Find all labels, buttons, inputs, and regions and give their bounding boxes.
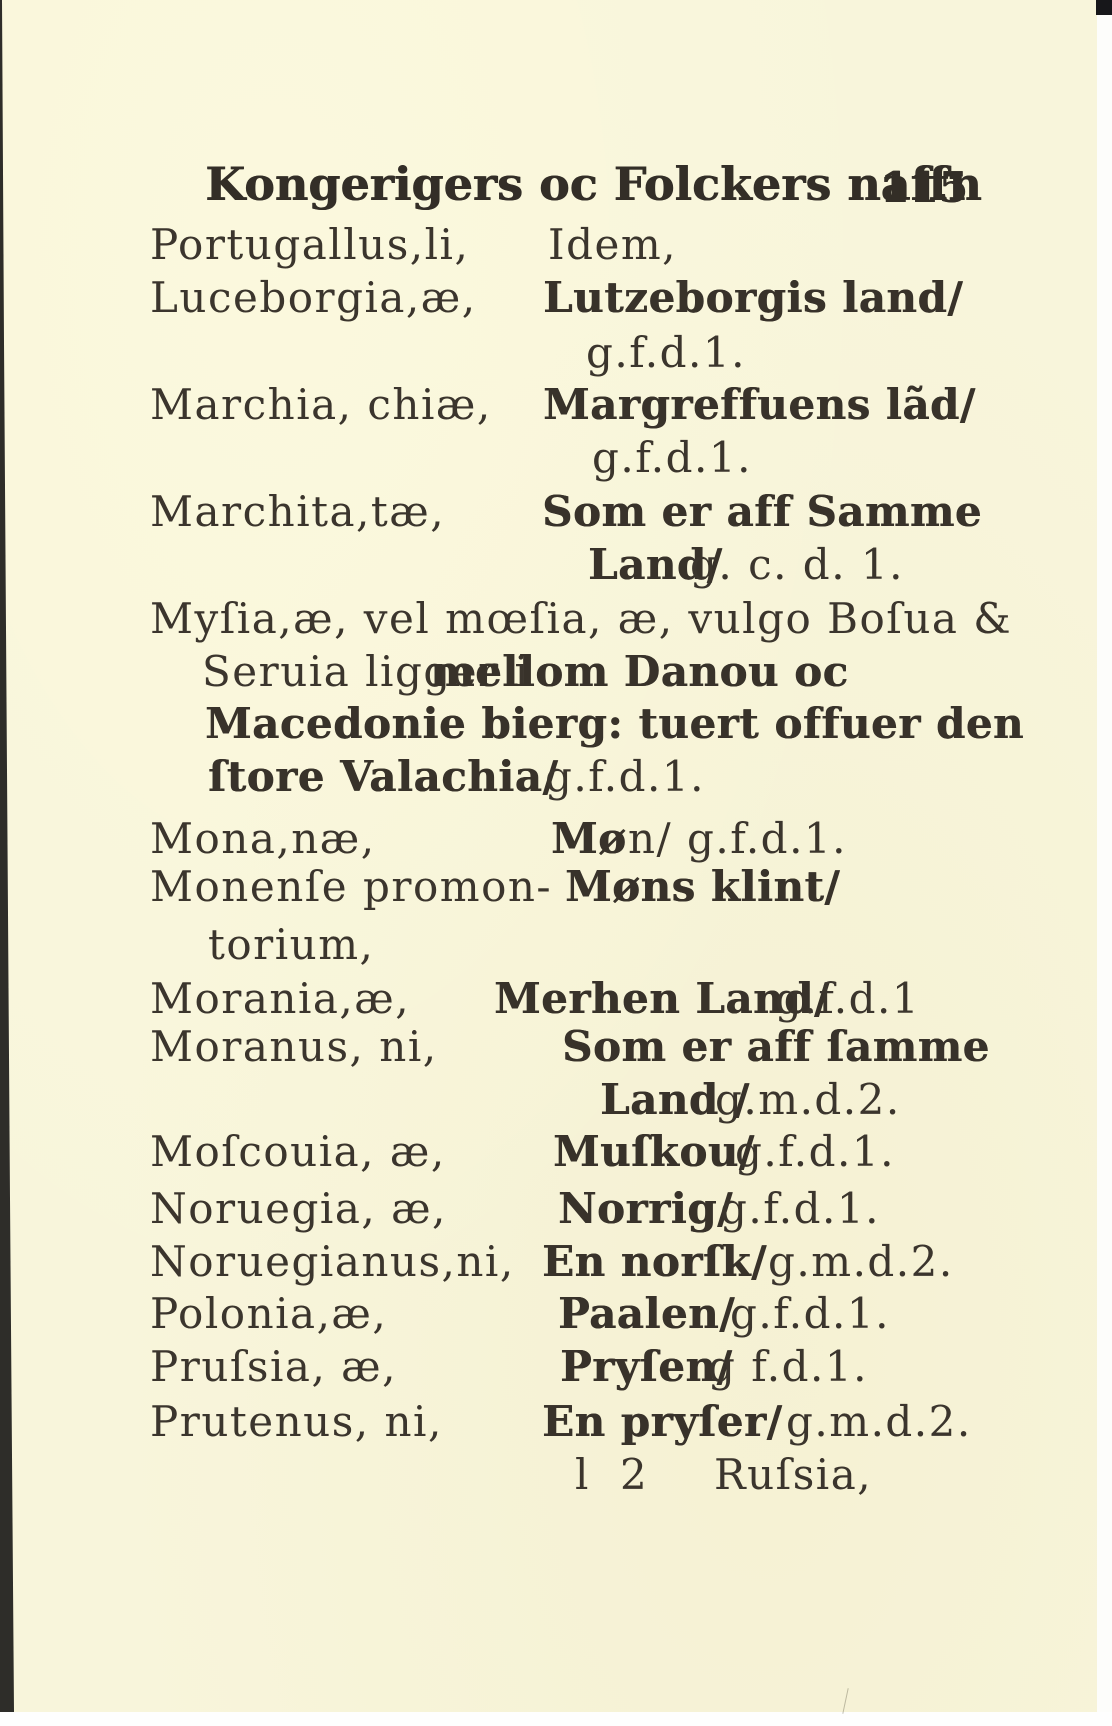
text-segment: torium, (208, 920, 374, 969)
text-segment: g.f.d.1. (720, 1184, 880, 1233)
text-segment: l (575, 1450, 590, 1499)
entry-line: Moſcouia, æ,Muſkou/g.f.d.1. (0, 1127, 1097, 1183)
text-segment: g.f.d.1. (730, 1289, 890, 1338)
text-segment: g. c. d. 1. (690, 540, 904, 589)
text-segment: g.f.d.1. (592, 433, 752, 482)
text-segment: Prutenus, ni, (150, 1397, 443, 1446)
entry-line: Noruegia, æ,Norrig/g.f.d.1. (0, 1184, 1097, 1240)
text-segment: Marchita,tæ, (150, 487, 445, 536)
page-header-title: Kongerigers oc Folckers naffn (205, 157, 982, 211)
text-segment: g f.d.1. (708, 1342, 868, 1391)
text-segment: Mø (551, 814, 627, 863)
scanned-book-page: Kongerigers oc Folckers naffn 115 Portug… (0, 0, 1112, 1726)
text-segment: Som er aff ſamme (562, 1022, 990, 1071)
footer-line: l2Ruſsia, (0, 1450, 1097, 1506)
text-segment: Macedonie bierg: tuert offuer den (205, 699, 1024, 748)
continuation-line: g.f.d.1. (0, 433, 1097, 489)
text-segment: Paalen/ (558, 1289, 735, 1338)
text-segment: Polonia,æ, (150, 1289, 387, 1338)
text-segment: Idem, (548, 220, 677, 269)
text-segment: g.f.d.1. (586, 328, 746, 377)
text-segment: Moſcouia, æ, (150, 1127, 446, 1176)
entry-line: Luceborgia,æ,Lutzeborgis land/ (0, 273, 1097, 329)
text-segment: En norſk/ (542, 1237, 767, 1286)
entry-line: Noruegianus,ni,En norſk/g.m.d.2. (0, 1237, 1097, 1293)
continuation-line: Seruia ligger imellom Danou oc (0, 647, 1097, 703)
text-segment: g.f.d.1 (775, 974, 920, 1023)
text-segment: g.m.d.2. (768, 1237, 954, 1286)
text-segment: Pruſsia, æ, (150, 1342, 397, 1391)
text-segment: g.m.d.2. (786, 1397, 972, 1446)
right-scan-margin (1097, 0, 1112, 1726)
text-segment: Portugallus,li, (150, 220, 469, 269)
text-segment: Luceborgia,æ, (150, 273, 477, 322)
page-paper: Kongerigers oc Folckers naffn 115 Portug… (0, 0, 1097, 1712)
entry-line: Prutenus, ni,En pryſer/g.m.d.2. (0, 1397, 1097, 1453)
text-segment: g.m.d.2. (715, 1075, 901, 1124)
text-segment: ſtore Valachia/ (208, 752, 558, 801)
page-number: 115 (880, 163, 968, 212)
continuation-line: Land /g.m.d.2. (0, 1075, 1097, 1131)
text-segment: n/ g.f.d.1. (628, 814, 847, 863)
entry-line: Marchita,tæ,Som er aff Samme (0, 487, 1097, 543)
continuation-line: torium, (0, 920, 1097, 976)
text-segment: Marchia, chiæ, (150, 380, 492, 429)
text-segment: En pryſer/ (542, 1397, 782, 1446)
text-segment: Noruegianus,ni, (150, 1237, 515, 1286)
text-segment: Som er aff Samme (542, 487, 982, 536)
text-segment: mellom Danou oc (430, 647, 849, 696)
text-segment: g.f.d.1. (735, 1127, 895, 1176)
text-segment: Morania,æ, (150, 974, 410, 1023)
text-segment: Ruſsia, (714, 1450, 872, 1499)
bottom-scan-margin (0, 1712, 1112, 1726)
text-segment: Lutzeborgis land/ (543, 273, 963, 322)
text-segment: Moranus, ni, (150, 1022, 438, 1071)
continuation-line: Macedonie bierg: tuert offuer den (0, 699, 1097, 755)
text-segment: Pryſen/ (560, 1342, 732, 1391)
text-segment: g.f.d.1. (545, 752, 705, 801)
text-segment: Margreffuens lãd/ (543, 380, 976, 429)
entry-line: Myſia,æ, vel mœſia, æ, vulgo Boſua & (0, 594, 1097, 650)
entry-line: Monenſe promon-Møns klint/ (0, 862, 1097, 918)
text-segment: Norrig/ (558, 1184, 733, 1233)
text-segment: Noruegia, æ, (150, 1184, 447, 1233)
continuation-line: g.f.d.1. (0, 328, 1097, 384)
text-segment: Muſkou/ (553, 1127, 755, 1176)
text-segment: Monenſe promon- (150, 862, 552, 911)
text-segment: 2 (620, 1450, 648, 1499)
entry-line: Moranus, ni,Som er aff ſamme (0, 1022, 1097, 1078)
continuation-line: Land/g. c. d. 1. (0, 540, 1097, 596)
entry-line: Marchia, chiæ,Margreffuens lãd/ (0, 380, 1097, 436)
top-right-corner-mark (1096, 0, 1112, 15)
entry-line: Polonia,æ,Paalen/g.f.d.1. (0, 1289, 1097, 1345)
text-segment: Møns klint/ (565, 862, 840, 911)
text-segment: Myſia,æ, vel mœſia, æ, vulgo Boſua & (150, 594, 1012, 643)
entry-line: Portugallus,li,Idem, (0, 220, 1097, 276)
entry-line: Pruſsia, æ,Pryſen/g f.d.1. (0, 1342, 1097, 1398)
continuation-line: ſtore Valachia/g.f.d.1. (0, 752, 1097, 808)
text-segment: Mona,næ, (150, 814, 376, 863)
